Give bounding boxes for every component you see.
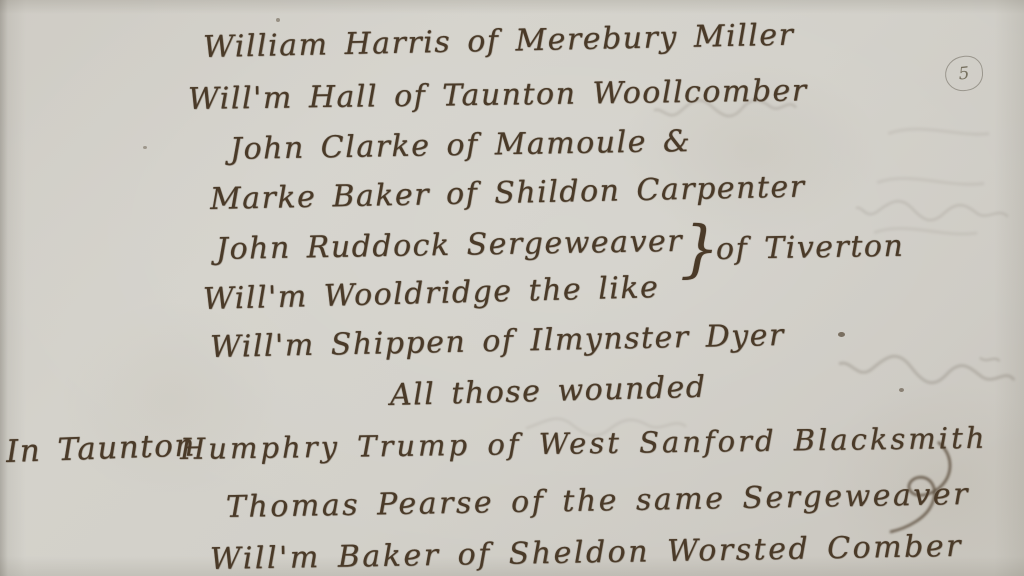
manuscript-line: Marke Baker of Shildon Carpenter <box>210 170 806 217</box>
ink-speck <box>838 332 845 337</box>
ink-speck <box>899 388 904 392</box>
page-number: 5 <box>943 54 984 93</box>
manuscript-line: John Clarke of Mamoule & <box>230 124 692 167</box>
section-heading: All those wounded <box>390 370 707 413</box>
bleed-through-mark <box>833 338 1021 397</box>
bleed-through-mark <box>852 193 1013 227</box>
ink-speck <box>276 18 280 22</box>
manuscript-line: Thomas Pearse of the same Sergeweaver <box>226 477 971 525</box>
manuscript-line: Will'm Wooldridge the like <box>203 270 660 317</box>
manuscript-line: Will'm Shippen of Ilmynster Dyer <box>210 318 785 365</box>
manuscript-line: Will'm Baker of Sheldon Worsted Comber <box>210 529 964 576</box>
manuscript-page: 5 William Harris of Merebury Miller Will… <box>0 0 1024 576</box>
manuscript-line: John Ruddock Sergeweaver <box>216 224 684 267</box>
manuscript-line: Humphry Trump of West Sanford Blacksmith <box>180 421 988 466</box>
manuscript-line: William Harris of Merebury Miller <box>203 18 795 65</box>
page-number-value: 5 <box>958 63 971 84</box>
grouping-brace: } <box>680 212 719 285</box>
ink-speck <box>143 146 147 149</box>
margin-note: In Taunton <box>5 427 196 470</box>
brace-label: of Tiverton <box>716 229 905 267</box>
manuscript-line: Will'm Hall of Taunton Woollcomber <box>188 73 808 117</box>
